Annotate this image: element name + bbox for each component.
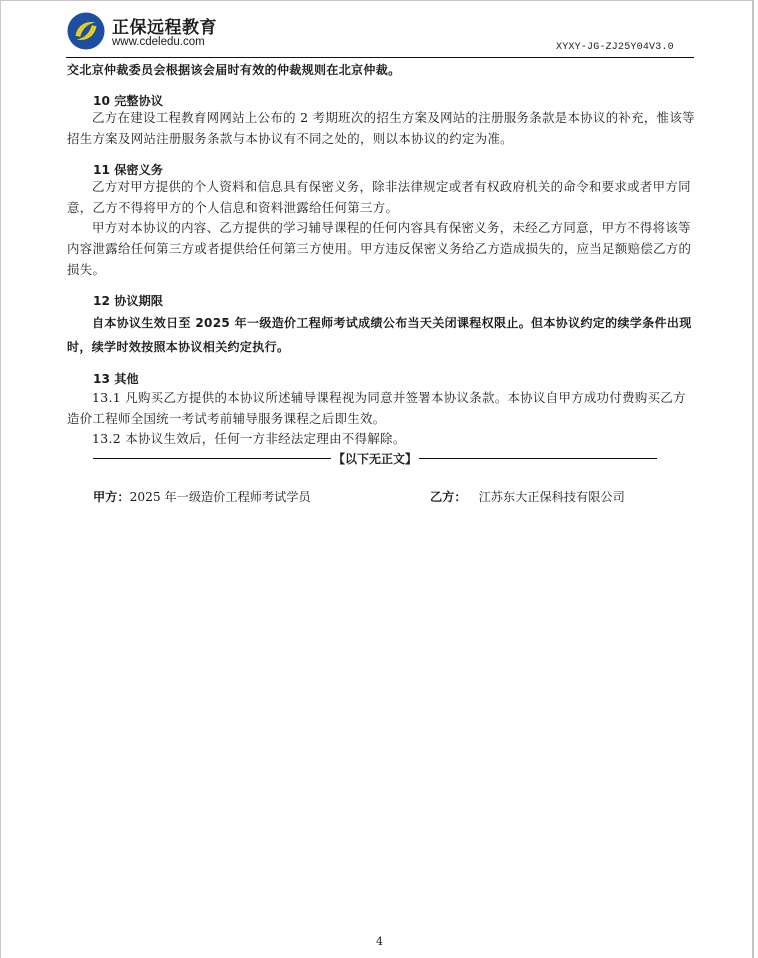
cdeledu-logo-icon: [67, 12, 105, 50]
end-of-text-divider: 【以下无正文】: [93, 450, 657, 467]
section-13-paragraph-2: 13.2 本协议生效后，任何一方非经法定理由不得解除。: [67, 428, 695, 449]
section-11-paragraph-2: 甲方对本协议的内容、乙方提供的学习辅导课程的任何内容具有保密义务，未经乙方同意，…: [67, 217, 695, 280]
section-heading-13: 13 其他: [93, 370, 139, 387]
document-code: XYXY-JG-ZJ25Y04V3.0: [556, 42, 674, 53]
divider-rule-left: [93, 458, 331, 459]
section-13-paragraph-1: 13.1 凡购买乙方提供的本协议所述辅导课程视为同意并签署本协议条款。本协议自甲…: [67, 387, 695, 429]
page-number: 4: [376, 935, 383, 948]
end-of-text-marker: 【以下无正文】: [331, 450, 419, 467]
document-page: 正保远程教育 www.cdeledu.com XYXY-JG-ZJ25Y04V3…: [0, 0, 754, 958]
party-b-label: 乙方：: [430, 490, 467, 504]
brand-url: www.cdeledu.com: [112, 36, 205, 48]
party-a-value: 2025 年一级造价工程师考试学员: [130, 490, 311, 504]
header-divider: [66, 57, 694, 58]
party-b-value: 江苏东大正保科技有限公司: [479, 490, 625, 504]
carryover-paragraph: 交北京仲裁委员会根据该会届时有效的仲裁规则在北京仲裁。: [67, 60, 695, 81]
section-11-paragraph-1: 乙方对甲方提供的个人资料和信息具有保密义务，除非法律规定或者有权政府机关的命令和…: [67, 176, 695, 218]
section-heading-12: 12 协议期限: [93, 292, 163, 309]
brand-name: 正保远程教育: [112, 13, 217, 38]
party-a-signature: 甲方：2025 年一级造价工程师考试学员: [93, 488, 311, 505]
party-b-signature: 乙方：江苏东大正保科技有限公司: [430, 488, 625, 505]
party-a-label: 甲方：: [93, 490, 130, 504]
section-10-paragraph-1: 乙方在建设工程教育网网站上公布的 2 考期班次的招生方案及网站的注册服务条款是本…: [67, 107, 695, 149]
section-12-paragraph-1: 自本协议生效日至 2025 年一级造价工程师考试成绩公布当天关闭课程权限止。但本…: [67, 311, 695, 359]
divider-rule-right: [419, 458, 657, 459]
